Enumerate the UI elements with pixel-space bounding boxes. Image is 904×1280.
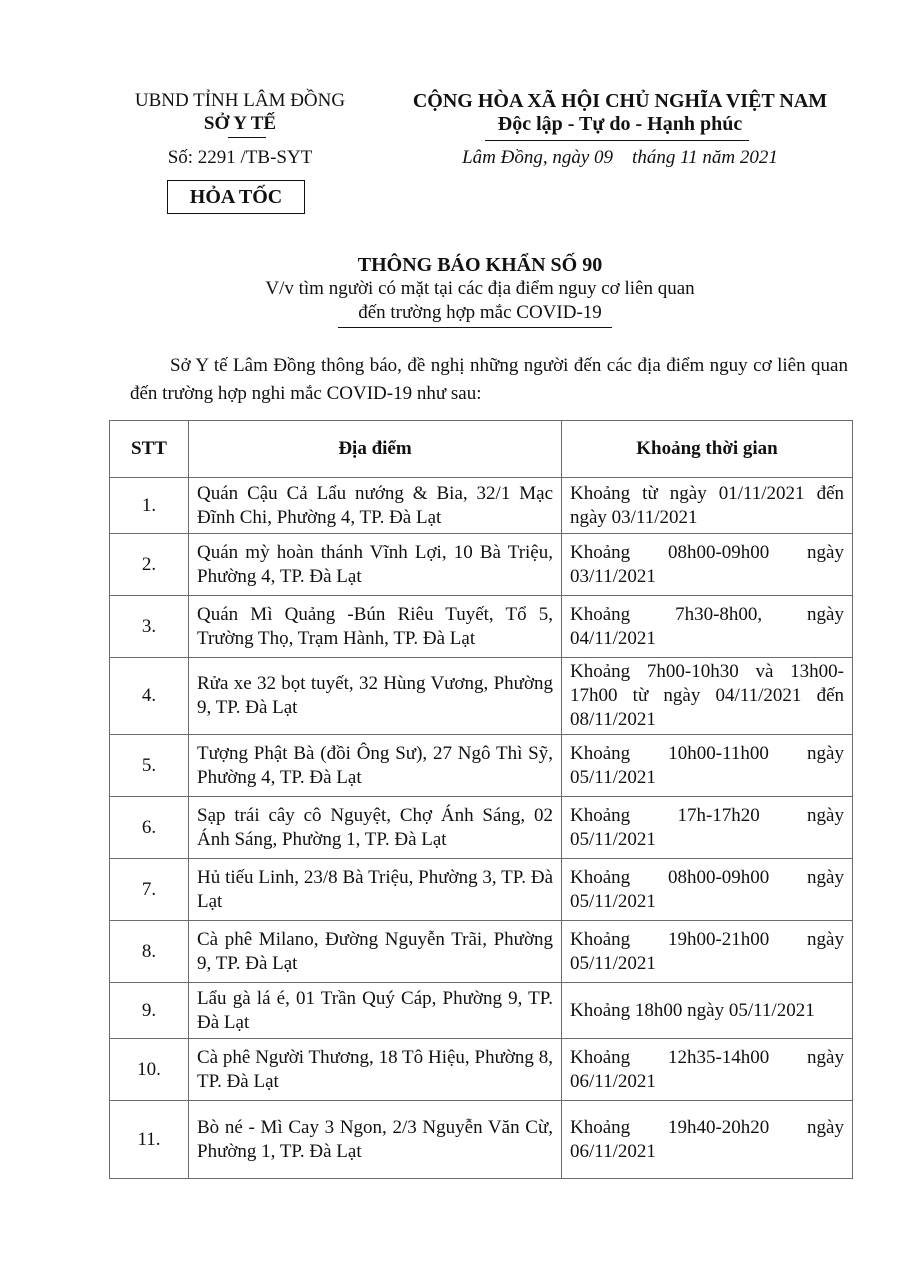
row-number: 9. (110, 983, 189, 1039)
column-header-location: Địa điểm (189, 421, 562, 478)
time-range-cell: Khoảng 17h-17h20 ngày 05/11/2021 (562, 797, 853, 859)
table-row: 7.Hủ tiếu Linh, 23/8 Bà Triệu, Phường 3,… (110, 859, 853, 921)
notice-title: THÔNG BÁO KHẨN SỐ 90 (120, 253, 840, 277)
notice-subject-line-1: V/v tìm người có mặt tại các địa điểm ng… (120, 277, 840, 301)
time-range-cell: Khoảng 18h00 ngày 05/11/2021 (562, 983, 853, 1039)
intro-text: Sở Y tế Lâm Đồng thông báo, đề nghị nhữn… (130, 355, 848, 404)
row-number: 1. (110, 478, 189, 534)
nation-title: CỘNG HÒA XÃ HỘI CHỦ NGHĨA VIỆT NAM (385, 90, 855, 112)
motto-underline (485, 140, 749, 141)
urgent-stamp: HỎA TỐC (167, 180, 305, 214)
row-number: 2. (110, 534, 189, 596)
table-row: 10.Cà phê Người Thương, 18 Tô Hiệu, Phườ… (110, 1039, 853, 1101)
issuing-agency: UBND TỈNH LÂM ĐỒNG (120, 90, 360, 112)
notice-subject-line-2: đến trường hợp mắc COVID-19 (120, 301, 840, 325)
row-number: 3. (110, 596, 189, 658)
table-row: 5.Tượng Phật Bà (đồi Ông Sư), 27 Ngô Thì… (110, 735, 853, 797)
intro-paragraph: Sở Y tế Lâm Đồng thông báo, đề nghị nhữn… (130, 352, 848, 408)
location-cell: Quán Mì Quảng -Bún Riêu Tuyết, Tổ 5, Trư… (189, 596, 562, 658)
time-range-cell: Khoảng 7h30-8h00, ngày 04/11/2021 (562, 596, 853, 658)
table-row: 11.Bò né - Mì Cay 3 Ngon, 2/3 Nguyễn Văn… (110, 1101, 853, 1179)
location-cell: Cà phê Người Thương, 18 Tô Hiệu, Phường … (189, 1039, 562, 1101)
location-cell: Bò né - Mì Cay 3 Ngon, 2/3 Nguyễn Văn Cừ… (189, 1101, 562, 1179)
row-number: 5. (110, 735, 189, 797)
table-row: 4.Rửa xe 32 bọt tuyết, 32 Hùng Vương, Ph… (110, 658, 853, 735)
location-cell: Rửa xe 32 bọt tuyết, 32 Hùng Vương, Phườ… (189, 658, 562, 735)
row-number: 10. (110, 1039, 189, 1101)
location-cell: Cà phê Milano, Đường Nguyễn Trãi, Phường… (189, 921, 562, 983)
column-header-stt: STT (110, 421, 189, 478)
row-number: 8. (110, 921, 189, 983)
time-range-cell: Khoảng 19h00-21h00 ngày 05/11/2021 (562, 921, 853, 983)
table-row: 1.Quán Cậu Cả Lẩu nướng & Bia, 32/1 Mạc … (110, 478, 853, 534)
row-number: 4. (110, 658, 189, 735)
department-name: SỞ Y TẾ (120, 113, 360, 135)
location-cell: Tượng Phật Bà (đồi Ông Sư), 27 Ngô Thì S… (189, 735, 562, 797)
time-range-cell: Khoảng 08h00-09h00 ngày 03/11/2021 (562, 534, 853, 596)
location-cell: Lẩu gà lá é, 01 Trần Quý Cáp, Phường 9, … (189, 983, 562, 1039)
location-cell: Hủ tiếu Linh, 23/8 Bà Triệu, Phường 3, T… (189, 859, 562, 921)
table-row: 3.Quán Mì Quảng -Bún Riêu Tuyết, Tổ 5, T… (110, 596, 853, 658)
risk-locations-table: STT Địa điểm Khoảng thời gian 1.Quán Cậu… (109, 420, 853, 1179)
time-range-cell: Khoảng từ ngày 01/11/2021 đến ngày 03/11… (562, 478, 853, 534)
document-number: Số: 2291 /TB-SYT (120, 147, 360, 169)
place-and-date: Lâm Đồng, ngày 09 tháng 11 năm 2021 (385, 147, 855, 169)
table-row: 8.Cà phê Milano, Đường Nguyễn Trãi, Phườ… (110, 921, 853, 983)
department-underline (228, 137, 266, 138)
time-range-cell: Khoảng 08h00-09h00 ngày 05/11/2021 (562, 859, 853, 921)
time-range-cell: Khoảng 19h40-20h20 ngày 06/11/2021 (562, 1101, 853, 1179)
location-cell: Quán mỳ hoàn thánh Vĩnh Lợi, 10 Bà Triệu… (189, 534, 562, 596)
table-header-row: STT Địa điểm Khoảng thời gian (110, 421, 853, 478)
table-row: 6.Sạp trái cây cô Nguyệt, Chợ Ánh Sáng, … (110, 797, 853, 859)
row-number: 11. (110, 1101, 189, 1179)
subject-underline (338, 327, 612, 328)
row-number: 7. (110, 859, 189, 921)
location-cell: Sạp trái cây cô Nguyệt, Chợ Ánh Sáng, 02… (189, 797, 562, 859)
time-range-cell: Khoảng 10h00-11h00 ngày 05/11/2021 (562, 735, 853, 797)
table-row: 9.Lẩu gà lá é, 01 Trần Quý Cáp, Phường 9… (110, 983, 853, 1039)
national-motto: Độc lập - Tự do - Hạnh phúc (385, 113, 855, 135)
row-number: 6. (110, 797, 189, 859)
time-range-cell: Khoảng 12h35-14h00 ngày 06/11/2021 (562, 1039, 853, 1101)
table-row: 2.Quán mỳ hoàn thánh Vĩnh Lợi, 10 Bà Tri… (110, 534, 853, 596)
column-header-time: Khoảng thời gian (562, 421, 853, 478)
location-cell: Quán Cậu Cả Lẩu nướng & Bia, 32/1 Mạc Đĩ… (189, 478, 562, 534)
time-range-cell: Khoảng 7h00-10h30 và 13h00-17h00 từ ngày… (562, 658, 853, 735)
